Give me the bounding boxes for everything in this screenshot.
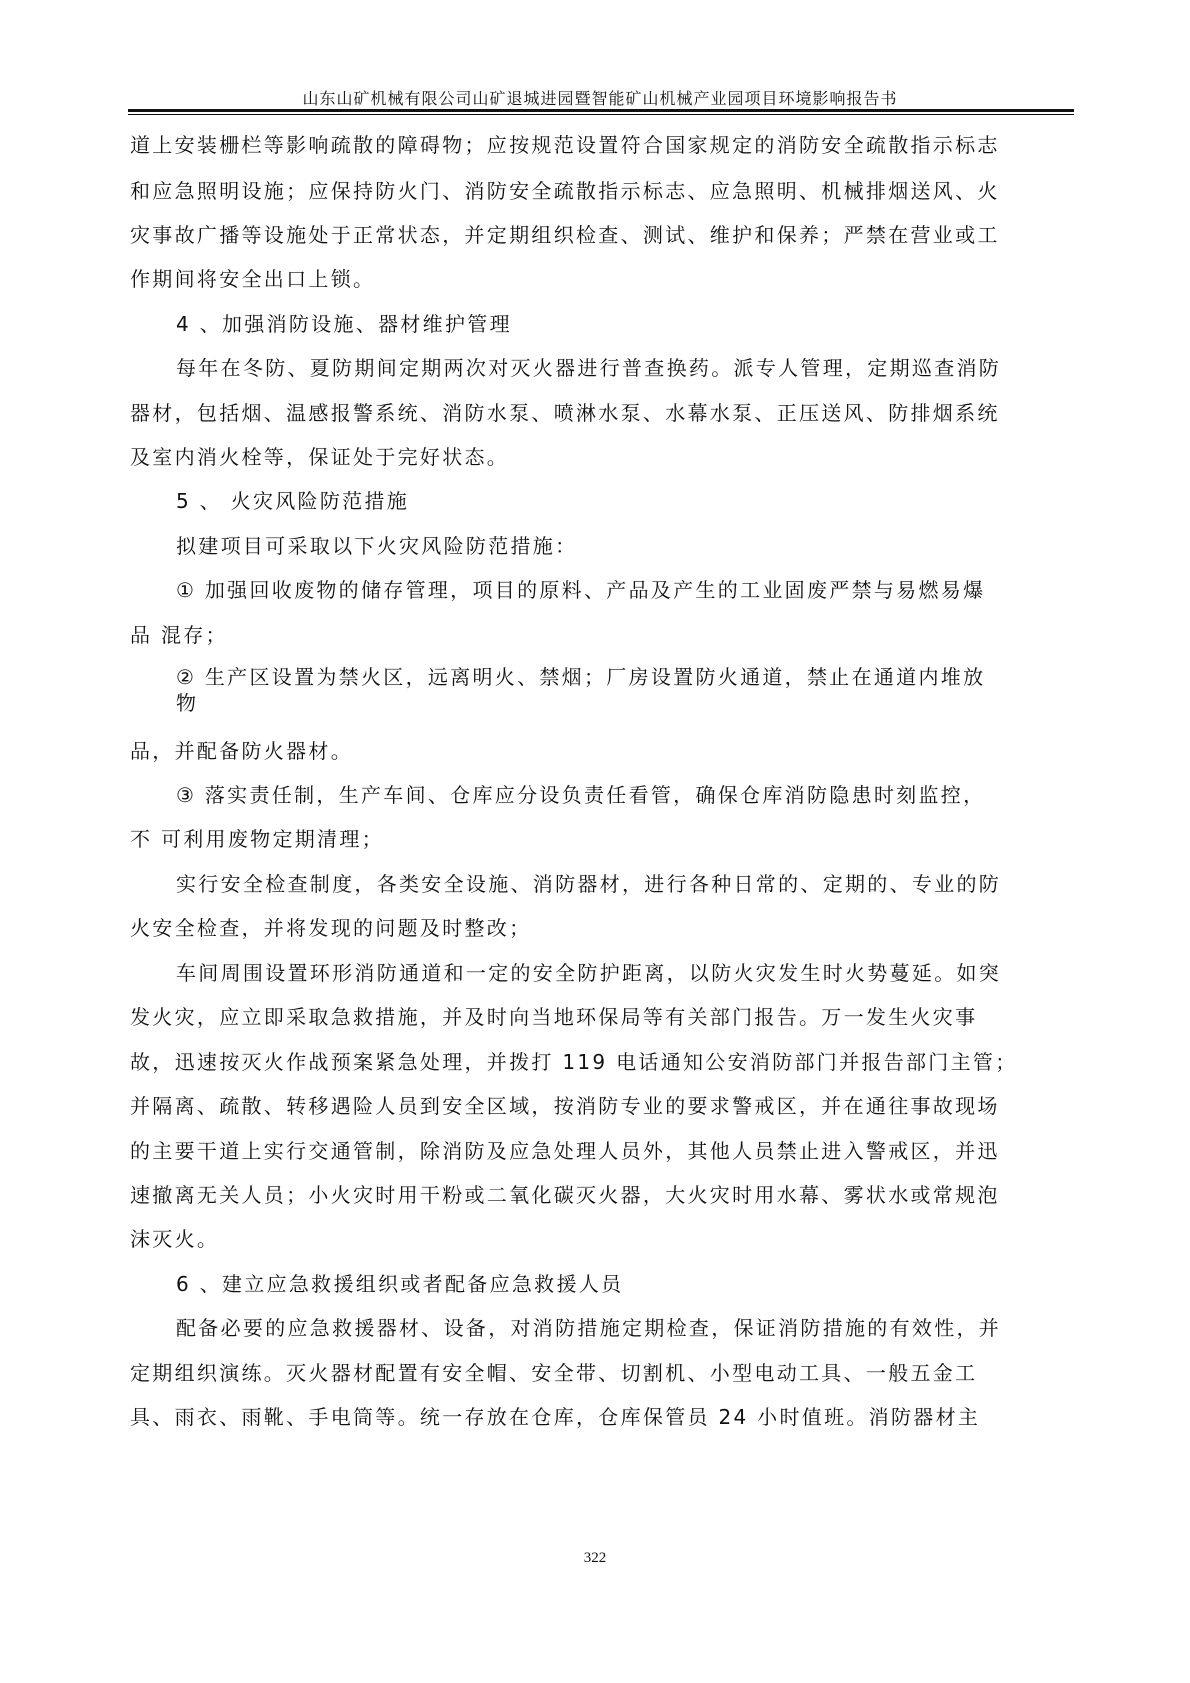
body-line: 并隔离、疏散、转移遇险人员到安全区域，按消防专业的要求警戒区，并在通往事故现场	[130, 1093, 1000, 1119]
report-header-title: 山东山矿机械有限公司山矿退城进园暨智能矿山机械产业园项目环境影响报告书	[130, 86, 1070, 109]
body-line: 不 可利用废物定期清理；	[130, 826, 384, 852]
header-rule-thick	[128, 109, 1074, 112]
body-line: 品，并配备防火器材。	[130, 738, 353, 764]
body-line: 具、雨衣、雨靴、手电筒等。统一存放在仓库，仓库保管员 24 小时值班。消防器材主	[130, 1404, 980, 1430]
section-heading-4: 4 、加强消防设施、器材维护管理	[176, 311, 512, 337]
body-line: 故，迅速按灭火作战预案紧急处理，并拨打 119 电话通知公安消防部门并报告部门主…	[130, 1049, 1018, 1075]
body-line: 火安全检查，并将发现的问题及时整改；	[130, 915, 531, 941]
body-line: 配备必要的应急救援器材、设备，对消防措施定期检查，保证消防措施的有效性，并	[176, 1315, 1001, 1341]
body-line: 实行安全检查制度，各类安全设施、消防器材，进行各种日常的、定期的、专业的防	[176, 871, 1001, 897]
body-line: 速撤离无关人员；小火灾时用干粉或二氧化碳灭火器，大火灾时用水幕、雾状水或常规泡	[130, 1182, 1000, 1208]
body-line: 品 混存；	[130, 622, 228, 648]
body-line: 定期组织演练。灭火器材配置有安全帽、安全带、切割机、小型电动工具、一般五金工	[130, 1360, 977, 1386]
document-page: 山东山矿机械有限公司山矿退城进园暨智能矿山机械产业园项目环境影响报告书 道上安装…	[0, 0, 1190, 1683]
body-line: 器材，包括烟、温感报警系统、消防水泵、喷淋水泵、水幕水泵、正压送风、防排烟系统	[130, 400, 1000, 426]
list-item-3: ③ 落实责任制，生产车间、仓库应分设负责任看管，确保仓库消防隐患时刻监控，	[176, 782, 985, 808]
list-item-1: ① 加强回收废物的储存管理，项目的原料、产品及产生的工业固废严禁与易燃易爆	[176, 577, 985, 603]
body-line: 拟建项目可采取以下火灾风险防范措施：	[176, 533, 577, 559]
body-line: 作期间将安全出口上锁。	[130, 266, 375, 292]
body-line: 车间周围设置环形消防通道和一定的安全防护距离，以防火灾发生时火势蔓延。如突	[176, 960, 1001, 986]
list-item-2: ② 生产区设置为禁火区，远离明火、禁烟；厂房设置防火通道，禁止在通道内堆放	[176, 664, 985, 690]
body-line: 发火灾，应立即采取急救措施，并及时向当地环保局等有关部门报告。万一发生火灾事	[130, 1004, 977, 1030]
body-line: 物	[176, 690, 198, 716]
body-line: 沫灭火。	[130, 1226, 219, 1252]
section-heading-5: 5 、 火灾风险防范措施	[176, 488, 409, 514]
section-heading-6: 6 、建立应急救援组织或者配备应急救援人员	[176, 1271, 623, 1297]
body-line: 道上安装栅栏等影响疏散的障碍物；应按规范设置符合国家规定的消防安全疏散指示标志	[130, 132, 1000, 158]
body-line: 每年在冬防、夏防期间定期两次对灭火器进行普查换药。派专人管理，定期巡查消防	[176, 355, 1001, 381]
body-line: 及室内消火栓等，保证处于完好状态。	[130, 444, 509, 470]
body-line: 灾事故广播等设施处于正常状态，并定期组织检查、测试、维护和保养；严禁在营业或工	[130, 222, 1000, 248]
page-number: 322	[0, 1550, 1190, 1567]
body-line: 和应急照明设施；应保持防火门、消防安全疏散指示标志、应急照明、机械排烟送风、火	[130, 178, 1000, 204]
body-line: 的主要干道上实行交通管制，除消防及应急处理人员外，其他人员禁止进入警戒区，并迅	[130, 1138, 1000, 1164]
header-rule-thin	[128, 114, 1074, 115]
